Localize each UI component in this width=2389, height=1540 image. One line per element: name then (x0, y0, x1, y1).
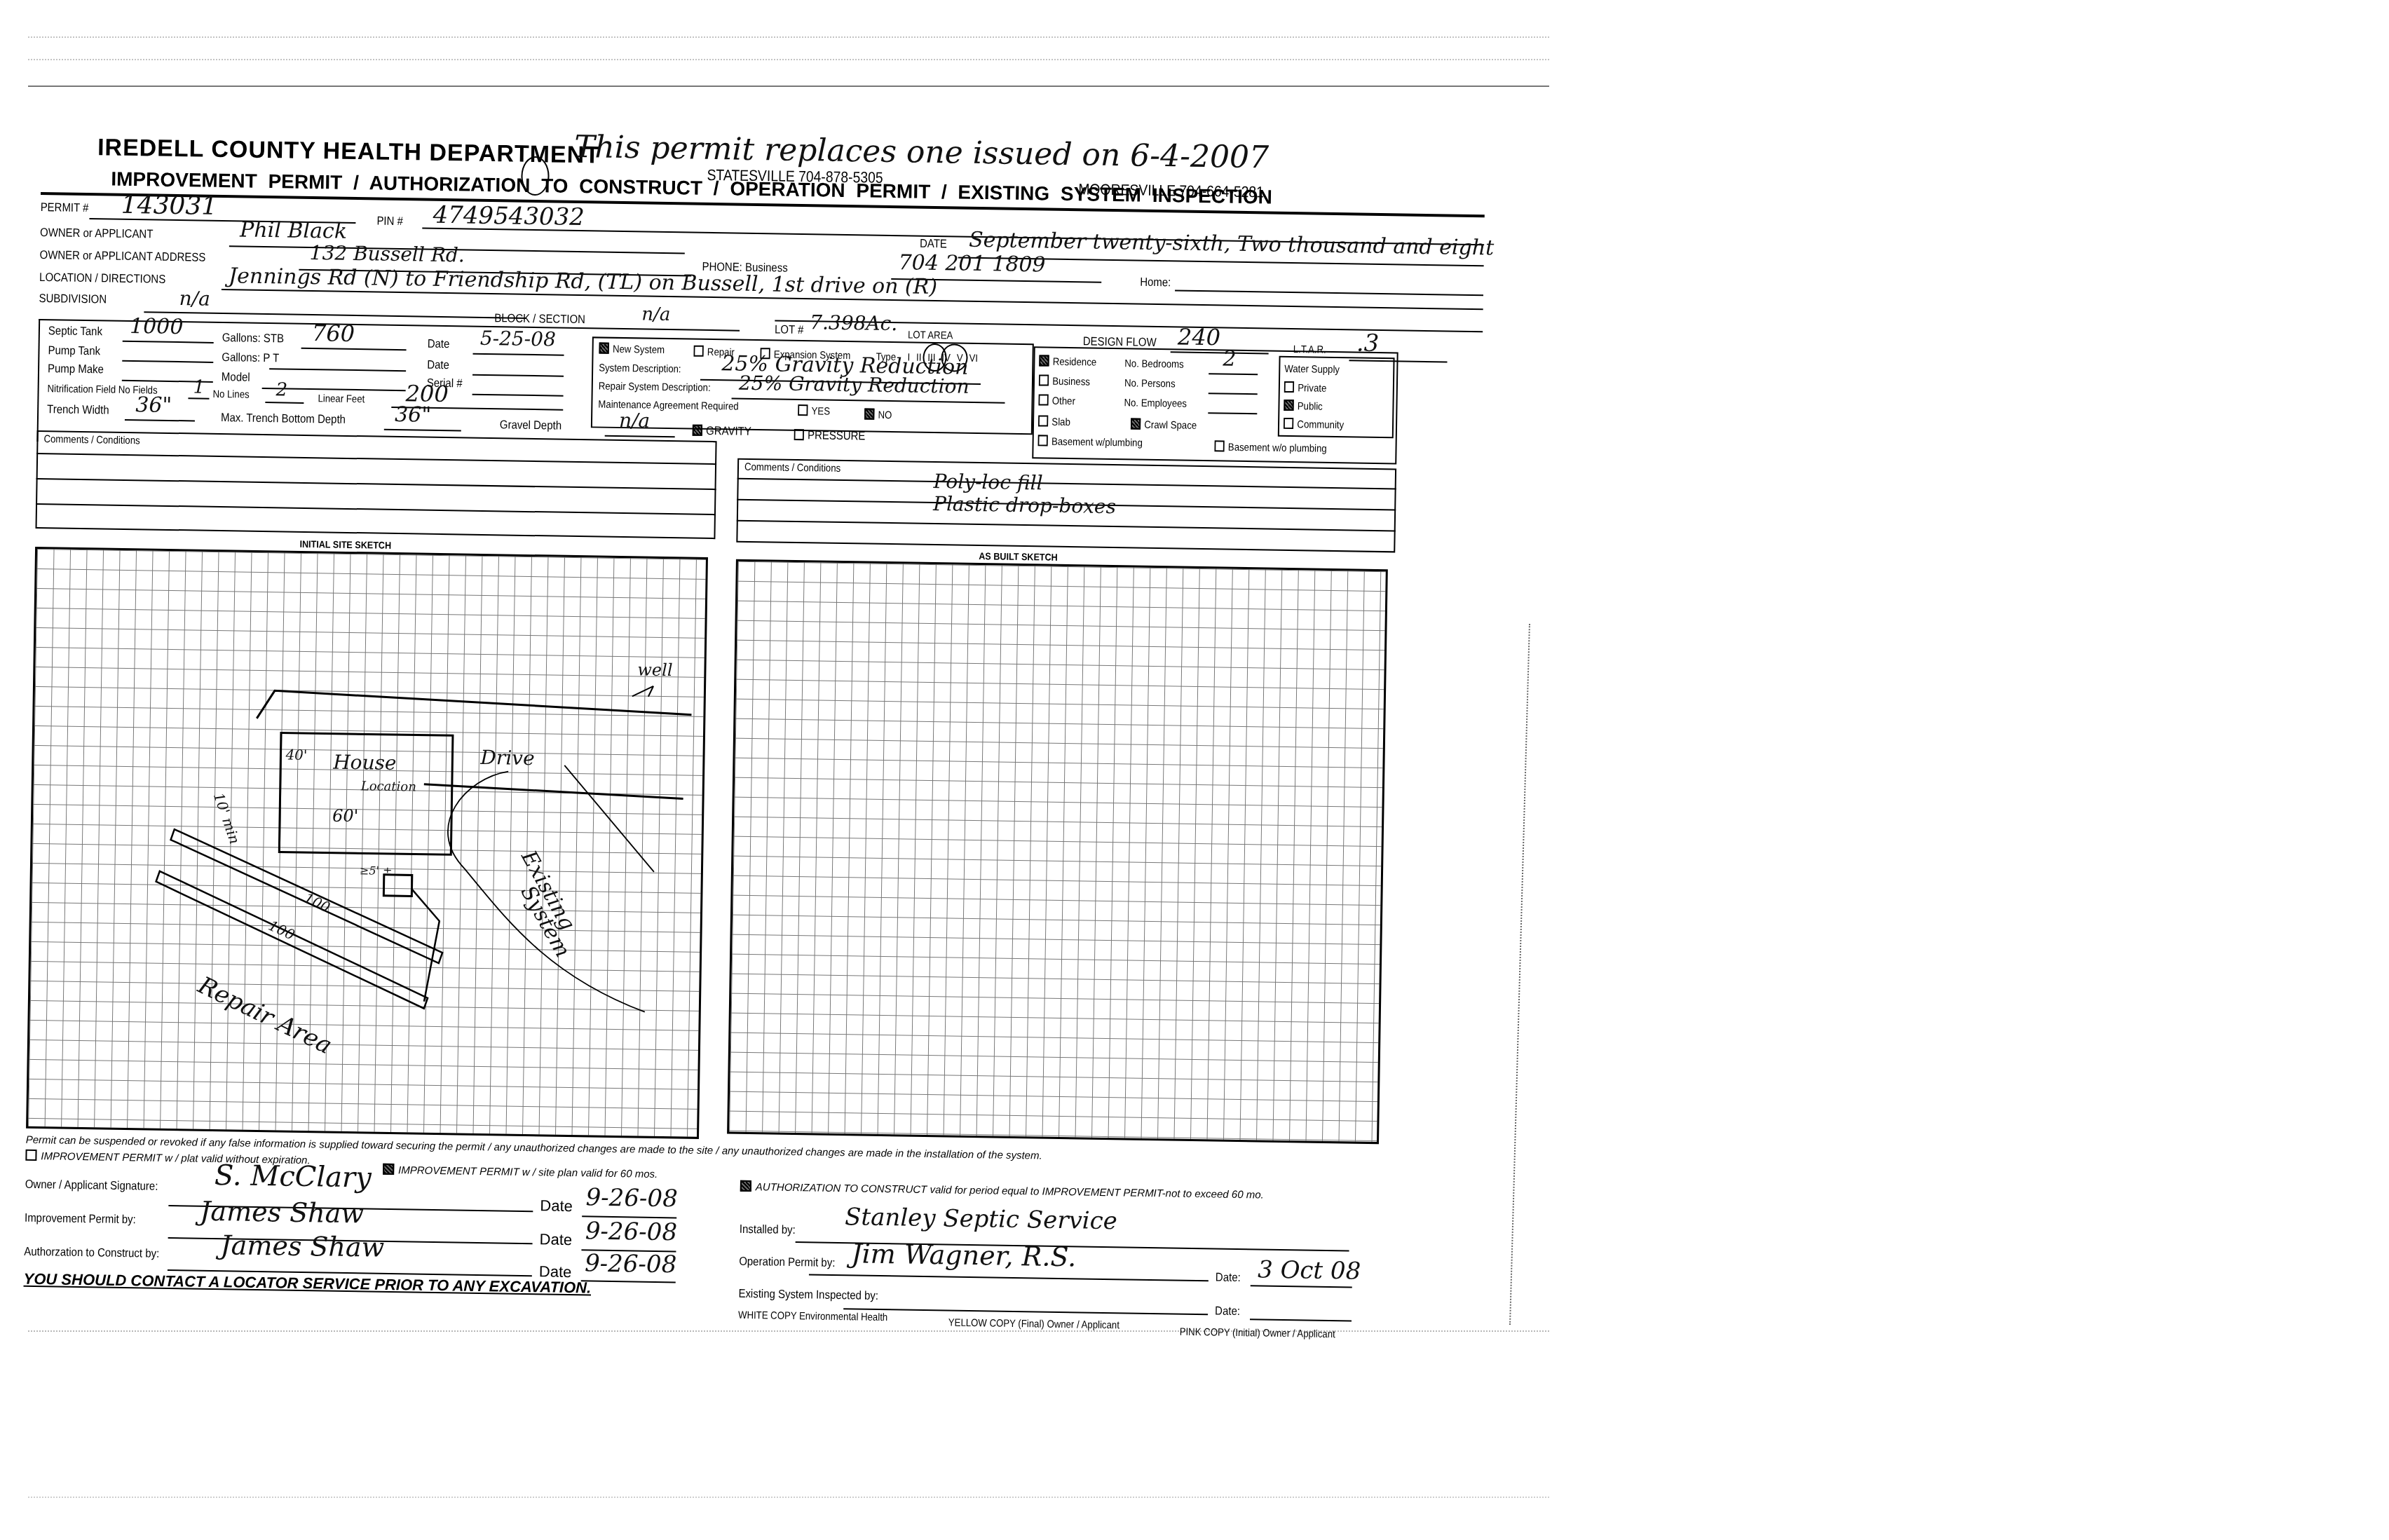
model-label: Model (222, 370, 250, 385)
scan-artifact-vertical (1509, 624, 1530, 1325)
improvement-permit-by-label: Improvement Permit by: (25, 1211, 136, 1227)
pump-make-label: Pump Make (48, 362, 104, 376)
repair-checkbox[interactable] (693, 346, 703, 357)
permit-number-value: 143031 (121, 191, 217, 221)
basement-with-plumbing-option[interactable]: Basement w/plumbing (1038, 435, 1143, 449)
description-label: System Description: (599, 362, 681, 376)
improvement-site-plan-checkbox[interactable] (383, 1164, 394, 1175)
septic-tank-value: 1000 (130, 314, 184, 339)
slab-option[interactable]: Slab (1038, 415, 1070, 428)
maintenance-label: Maintenance Agreement Required (598, 399, 739, 413)
svg-text:well: well (637, 660, 673, 680)
gallons-stb-label: Gallons: STB (222, 331, 284, 346)
improvement-site-plan-option[interactable]: IMPROVEMENT PERMIT w / site plan valid f… (383, 1164, 658, 1180)
existing-date-label: Date: (1215, 1304, 1240, 1318)
private-checkbox[interactable] (1284, 381, 1294, 393)
repair-description-label: Repair System Description: (599, 381, 711, 395)
lines-value: 2 (275, 379, 287, 400)
owner-signature[interactable]: S. McClary (215, 1159, 372, 1194)
owner-date-label: Date (540, 1197, 573, 1215)
svg-text:Drive: Drive (479, 746, 535, 770)
installed-by-value: Stanley Septic Service (845, 1203, 1117, 1235)
trench-width-value: 36" (135, 393, 172, 418)
scan-artifact-line (28, 86, 1549, 87)
owner-label: OWNER or APPLICANT (40, 226, 154, 242)
business-option[interactable]: Business (1039, 374, 1090, 388)
persons-label: No. Persons (1124, 377, 1176, 390)
private-option[interactable]: Private (1284, 381, 1327, 395)
linear-feet-label: Linear Feet (318, 393, 365, 405)
public-option[interactable]: Public (1284, 400, 1323, 413)
pump-tank-label: Pump Tank (48, 343, 100, 358)
pink-copy-note: PINK COPY (Initial) Owner / Applicant (1180, 1326, 1335, 1340)
bedrooms-label: No. Bedrooms (1124, 357, 1184, 370)
as-built-sketch-title: AS BUILT SKETCH (979, 550, 1058, 563)
date1-label: Date (428, 337, 450, 351)
crawl-space-option[interactable]: Crawl Space (1131, 418, 1197, 431)
business-checkbox[interactable] (1039, 374, 1049, 386)
permit-number-label: PERMIT # (41, 200, 89, 215)
svg-text:Location: Location (360, 779, 416, 794)
improvement-permit-signature[interactable]: James Shaw (200, 1196, 364, 1229)
septic-tank-label: Septic Tank (48, 324, 102, 339)
community-option[interactable]: Community (1284, 418, 1344, 431)
owner-date-value: 9-26-08 (585, 1183, 678, 1213)
basement-without-plumbing-option[interactable]: Basement w/o plumbing (1214, 440, 1327, 455)
design-flow-value: 240 (1178, 323, 1221, 350)
permit-form: IREDELL COUNTY HEALTH DEPARTMENT This pe… (23, 105, 1486, 1333)
bedrooms-value: 2 (1223, 347, 1237, 372)
gravel-depth-label: Gravel Depth (500, 418, 561, 432)
authorization-by-label: Authorzation to Construct by: (24, 1245, 159, 1261)
scan-artifact-line (28, 59, 1549, 60)
subdivision-label: SUBDIVISION (39, 292, 107, 307)
address-value: 132 Bussell Rd. (309, 241, 464, 266)
trench-width-label: Trench Width (47, 402, 109, 417)
residence-checkbox[interactable] (1039, 355, 1049, 366)
public-checkbox[interactable] (1284, 400, 1293, 411)
owner-value: Phil Black (240, 217, 347, 243)
scan-artifact-line (28, 1497, 1549, 1498)
septic-tank (383, 875, 411, 897)
fields-value: 1 (193, 376, 205, 397)
other-option[interactable]: Other (1038, 394, 1075, 407)
svg-text:10' min: 10' min (210, 791, 243, 846)
community-checkbox[interactable] (1284, 418, 1293, 429)
authorization-signature[interactable]: James Shaw (220, 1229, 384, 1263)
slab-checkbox[interactable] (1038, 415, 1048, 426)
new-system-option[interactable]: New System (599, 343, 665, 356)
comments-left-label: Comments / Conditions (43, 433, 139, 447)
yes-checkbox[interactable] (798, 404, 808, 416)
authorization-option[interactable]: AUTHORIZATION TO CONSTRUCT valid for per… (740, 1180, 1264, 1201)
pin-value: 4749543032 (433, 201, 585, 231)
max-depth-value: 36" (395, 402, 432, 428)
maintenance-yes-option[interactable]: YES (798, 404, 830, 418)
operation-date-value: 3 Oct 08 (1258, 1255, 1361, 1285)
max-depth-label: Max. Trench Bottom Depth (221, 411, 346, 427)
lot-label: LOT # (775, 322, 804, 337)
residence-option[interactable]: Residence (1039, 355, 1096, 368)
improvement-date-value: 9-26-08 (585, 1217, 678, 1246)
well-arrow (632, 686, 653, 696)
no-checkbox[interactable] (864, 408, 874, 419)
gallons-pt-label: Gallons: P T (222, 350, 279, 365)
svg-text:40': 40' (285, 747, 307, 763)
operation-permit-by-label: Operation Permit by: (739, 1255, 835, 1270)
basement-without-plumbing-checkbox[interactable] (1214, 440, 1224, 451)
block-label: BLOCK / SECTION (494, 311, 585, 327)
improvement-date-label: Date (539, 1230, 572, 1249)
svg-text:House: House (332, 751, 397, 775)
maintenance-no-option[interactable]: NO (864, 408, 892, 421)
subdivision-value: n/a (179, 287, 210, 311)
installed-by-label: Installed by: (740, 1222, 796, 1237)
handwritten-replacement-note: This permit replaces one issued on 6-4-2… (574, 129, 1270, 176)
authorization-date-value: 9-26-08 (585, 1249, 677, 1279)
authorization-checkbox[interactable] (740, 1180, 751, 1192)
date2-label: Date (427, 358, 449, 372)
location-label: LOCATION / DIRECTIONS (39, 271, 165, 287)
improvement-plat-checkbox[interactable] (25, 1150, 36, 1161)
svg-text:60': 60' (332, 806, 359, 826)
phone-home-label: Home: (1140, 275, 1171, 290)
locator-warning: YOU SHOULD CONTACT A LOCATOR SERVICE PRI… (23, 1270, 591, 1297)
crawl-space-checkbox[interactable] (1131, 418, 1141, 429)
date-value: September twenty-sixth, Two thousand and… (969, 228, 1495, 261)
new-system-checkbox[interactable] (599, 343, 609, 354)
comment-right-line-2: Plastic drop-boxes (933, 492, 1116, 518)
white-copy-note: WHITE COPY Environmental Health (738, 1309, 887, 1323)
site-sketch-drawing: well Drive 40' House Location 60' 10' mi… (26, 547, 708, 1139)
water-supply-label: Water Supply (1284, 363, 1340, 376)
address-label: OWNER or APPLICANT ADDRESS (39, 248, 205, 265)
operation-permit-signature[interactable]: Jim Wagner, R.S. (851, 1238, 1076, 1272)
gallons-stb-value: 760 (312, 320, 355, 347)
pin-label: PIN # (376, 214, 403, 229)
block-value: n/a (641, 304, 670, 325)
operation-date-label: Date: (1216, 1271, 1241, 1286)
existing-inspected-by-label: Existing System Inspected by: (738, 1287, 878, 1303)
lot-area-label: LOT AREA (908, 329, 953, 341)
lines-label: No Lines (212, 388, 249, 401)
phone-business-value: 704 201 1809 (898, 250, 1045, 277)
comment-right-line-1: Poly-loc fill (933, 470, 1042, 494)
lot-value: 7.398Ac. (810, 311, 897, 335)
initial-site-sketch-title: INITIAL SITE SKETCH (299, 538, 391, 551)
svg-text:≥5' ±: ≥5' ± (360, 864, 393, 878)
svg-text:100: 100 (266, 917, 297, 943)
yellow-copy-note: YELLOW COPY (Final) Owner / Applicant (948, 1317, 1119, 1332)
scan-artifact-line (28, 36, 1549, 38)
repair-description-value: 25% Gravity Reduction (739, 372, 969, 398)
basement-with-plumbing-checkbox[interactable] (1038, 435, 1048, 446)
date1-value: 5-25-08 (480, 327, 557, 351)
comments-right-label: Comments / Conditions (744, 461, 840, 475)
svg-text:Repair Area: Repair Area (193, 971, 336, 1060)
date-label: DATE (920, 237, 947, 252)
owner-signature-label: Owner / Applicant Signature: (25, 1178, 158, 1194)
employees-label: No. Employees (1124, 397, 1187, 409)
drive-edge-top (257, 690, 692, 725)
other-checkbox[interactable] (1038, 394, 1048, 405)
as-built-sketch-grid[interactable] (727, 559, 1388, 1145)
